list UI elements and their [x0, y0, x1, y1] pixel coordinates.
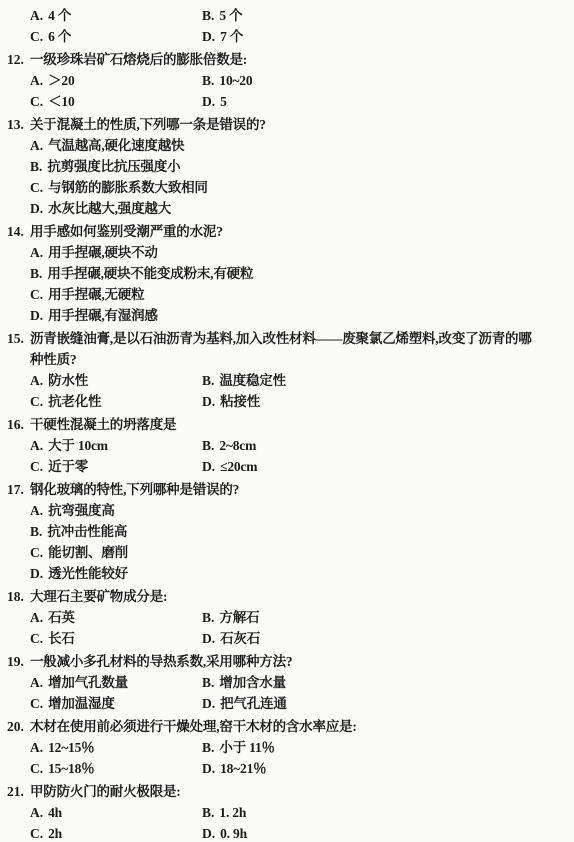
option-label: C.	[30, 29, 43, 44]
question-block-18: 18.大理石主要矿物成分是: A.石英 B.方解石 C.长石 D.石灰石	[0, 586, 574, 649]
question-line: 15.沥青嵌缝油膏,是以石油沥青为基料,加入改性材料——废聚氯乙烯塑料,改变了沥…	[0, 328, 574, 349]
option: A.＞20	[0, 70, 202, 91]
question-number: 21.	[7, 781, 30, 802]
option-text: 能切割、磨削	[48, 545, 128, 560]
question-block-14: 14.用手感如何鉴别受潮严重的水泥? A.用手捏碾,硬块不动 B.用手捏碾,硬块…	[0, 221, 574, 326]
option: C.抗老化性	[0, 391, 202, 412]
option: C.增加温湿度	[0, 693, 202, 714]
option-text: 4h	[48, 805, 62, 820]
option: B.温度稳定性	[202, 370, 574, 391]
option-text: 4 个	[48, 8, 71, 23]
option-label: D.	[30, 566, 43, 581]
option-label: C.	[30, 287, 43, 302]
option: D.0. 9h	[202, 823, 574, 842]
option: A.增加气孔数量	[0, 672, 202, 693]
question-line: 19.一般减小多孔材料的导热系数,采用哪种方法?	[0, 651, 574, 672]
question-text: 甲防防火门的耐火极限是:	[30, 784, 181, 799]
question-text: 用手感如何鉴别受潮严重的水泥?	[30, 224, 223, 239]
option: C.＜10	[0, 91, 202, 112]
option-text: 气温越高,硬化速度越快	[48, 138, 184, 153]
question-line: 14.用手感如何鉴别受潮严重的水泥?	[0, 221, 574, 242]
question-line: 17.钢化玻璃的特性,下列哪种是错误的?	[0, 479, 574, 500]
options: A.用手捏碾,硬块不动 B.用手捏碾,硬块不能变成粉末,有硬粒 C.用手捏碾,无…	[0, 242, 574, 326]
option-text: 粘接性	[220, 394, 260, 409]
option-text: 用手捏碾,硬块不能变成粉末,有硬粒	[47, 266, 253, 281]
options: A.12~15％ B.小于 11％ C.15~18％ D.18~21％	[0, 737, 574, 779]
option-label: C.	[30, 545, 43, 560]
question-text: 干硬性混凝土的坍落度是	[30, 417, 176, 432]
option-label: D.	[202, 631, 215, 646]
option: D.7 个	[202, 26, 574, 47]
option-label: D.	[202, 459, 215, 474]
option-label: B.	[202, 8, 214, 23]
option-label: B.	[202, 610, 214, 625]
option-label: A.	[30, 503, 43, 518]
option-text: 透光性能较好	[48, 566, 128, 581]
option-text: 12~15％	[48, 740, 94, 755]
option-text: ≤20cm	[220, 459, 257, 474]
options: A.石英 B.方解石 C.长石 D.石灰石	[0, 607, 574, 649]
option-text: 大于 10cm	[48, 438, 108, 453]
question-number: 16.	[7, 414, 30, 435]
option-label: A.	[30, 805, 43, 820]
option-text: 石英	[48, 610, 75, 625]
options: A.大于 10cm B.2~8cm C.近于零 D.≤20cm	[0, 435, 574, 477]
option: B.抗剪强度比抗压强度小	[0, 156, 574, 177]
option-label: D.	[202, 29, 215, 44]
option: C.6 个	[0, 26, 202, 47]
option: D.透光性能较好	[0, 563, 574, 584]
option-text: 用手捏碾,硬块不动	[48, 245, 158, 260]
option: B.1. 2h	[202, 802, 574, 823]
option: D.把气孔连通	[202, 693, 574, 714]
question-line: 18.大理石主要矿物成分是:	[0, 586, 574, 607]
option-label: A.	[30, 610, 43, 625]
question-block-13: 13.关于混凝土的性质,下列哪一条是错误的? A.气温越高,硬化速度越快 B.抗…	[0, 114, 574, 219]
option-label: B.	[30, 159, 42, 174]
question-text: 关于混凝土的性质,下列哪一条是错误的?	[30, 117, 266, 132]
option-text: 5	[220, 94, 227, 109]
option: D.水灰比越大,强度越大	[0, 198, 574, 219]
option-text: 长石	[48, 631, 75, 646]
question-line-continued: 种性质?	[0, 349, 574, 370]
option-label: B.	[30, 266, 42, 281]
option: D.粘接性	[202, 391, 574, 412]
option-text: 与钢筋的膨胀系数大致相同	[48, 180, 208, 195]
option-text: 0. 9h	[220, 826, 247, 841]
option-label: B.	[202, 675, 214, 690]
question-line: 20.木材在使用前必须进行干燥处理,窑干木材的含水率应是:	[0, 716, 574, 737]
option-text: 石灰石	[220, 631, 260, 646]
option: D.石灰石	[202, 628, 574, 649]
option-text: 10~20	[219, 73, 252, 88]
option-label: A.	[30, 675, 43, 690]
options: A.防水性 B.温度稳定性 C.抗老化性 D.粘接性	[0, 370, 574, 412]
option: A.4 个	[0, 5, 202, 26]
option: A.石英	[0, 607, 202, 628]
option-text: 7 个	[220, 29, 243, 44]
option: C.长石	[0, 628, 202, 649]
option-text: 小于 11％	[219, 740, 274, 755]
question-block-15: 15.沥青嵌缝油膏,是以石油沥青为基料,加入改性材料——废聚氯乙烯塑料,改变了沥…	[0, 328, 574, 412]
option: D.18~21％	[202, 758, 574, 779]
question-text: 沥青嵌缝油膏,是以石油沥青为基料,加入改性材料——废聚氯乙烯塑料,改变了沥青的哪	[30, 331, 532, 346]
option: B.增加含水量	[202, 672, 574, 693]
option: C.近于零	[0, 456, 202, 477]
option: B.5 个	[202, 5, 574, 26]
option: A.抗弯强度高	[0, 500, 574, 521]
option-label: D.	[30, 201, 43, 216]
option-text: 增加含水量	[219, 675, 286, 690]
options: A.抗弯强度高 B.抗冲击性能高 C.能切割、磨削 D.透光性能较好	[0, 500, 574, 584]
question-text: 一级珍珠岩矿石熔烧后的膨胀倍数是:	[30, 52, 247, 67]
option-label: D.	[202, 394, 215, 409]
question-number: 19.	[7, 651, 30, 672]
option-text: 2~8cm	[219, 438, 256, 453]
options: A.增加气孔数量 B.增加含水量 C.增加温湿度 D.把气孔连通	[0, 672, 574, 714]
option-label: C.	[30, 696, 43, 711]
question-number: 15.	[7, 328, 30, 349]
option-text: 2h	[48, 826, 62, 841]
option-text: 1. 2h	[219, 805, 246, 820]
question-number: 13.	[7, 114, 30, 135]
option: D.≤20cm	[202, 456, 574, 477]
option-label: D.	[202, 696, 215, 711]
option-label: A.	[30, 373, 43, 388]
option-label: A.	[30, 438, 43, 453]
option-text: 抗弯强度高	[48, 503, 115, 518]
option: A.防水性	[0, 370, 202, 391]
option: D.用手捏碾,有湿润感	[0, 305, 574, 326]
question-line: 21.甲防防火门的耐火极限是:	[0, 781, 574, 802]
option: B.用手捏碾,硬块不能变成粉末,有硬粒	[0, 263, 574, 284]
option: A.4h	[0, 802, 202, 823]
options: A.气温越高,硬化速度越快 B.抗剪强度比抗压强度小 C.与钢筋的膨胀系数大致相…	[0, 135, 574, 219]
option: C.与钢筋的膨胀系数大致相同	[0, 177, 574, 198]
question-line: 13.关于混凝土的性质,下列哪一条是错误的?	[0, 114, 574, 135]
question-text: 种性质?	[30, 352, 76, 367]
option-label: D.	[202, 94, 215, 109]
option-label: D.	[30, 308, 43, 323]
option-label: C.	[30, 761, 43, 776]
option-text: 抗冲击性能高	[47, 524, 127, 539]
option: C.能切割、磨削	[0, 542, 574, 563]
option: B.抗冲击性能高	[0, 521, 574, 542]
option-text: 5 个	[219, 8, 242, 23]
option-label: A.	[30, 138, 43, 153]
option-label: B.	[202, 740, 214, 755]
option-text: ＜10	[48, 94, 74, 109]
exam-page: A.4 个 B.5 个 C.6 个 D.7 个 12.一级珍珠岩矿石熔烧后的膨胀…	[0, 0, 574, 842]
option-label: A.	[30, 740, 43, 755]
option-text: 18~21％	[220, 761, 266, 776]
option-label: B.	[202, 805, 214, 820]
option-label: C.	[30, 180, 43, 195]
question-number: 14.	[7, 221, 30, 242]
option-label: B.	[202, 73, 214, 88]
option: A.气温越高,硬化速度越快	[0, 135, 574, 156]
question-block-20: 20.木材在使用前必须进行干燥处理,窑干木材的含水率应是: A.12~15％ B…	[0, 716, 574, 779]
options: A.＞20 B.10~20 C.＜10 D.5	[0, 70, 574, 112]
question-number: 18.	[7, 586, 30, 607]
option-label: D.	[202, 761, 215, 776]
question-number: 17.	[7, 479, 30, 500]
option: B.2~8cm	[202, 435, 574, 456]
question-text: 大理石主要矿物成分是:	[30, 589, 167, 604]
option-text: 15~18％	[48, 761, 94, 776]
option: A.用手捏碾,硬块不动	[0, 242, 574, 263]
option: B.方解石	[202, 607, 574, 628]
option-label: C.	[30, 459, 43, 474]
question-block-12: 12.一级珍珠岩矿石熔烧后的膨胀倍数是: A.＞20 B.10~20 C.＜10…	[0, 49, 574, 112]
option-text: 用手捏碾,无硬粒	[48, 287, 144, 302]
option-label: B.	[30, 524, 42, 539]
option-label: C.	[30, 826, 43, 841]
option-text: 近于零	[48, 459, 88, 474]
question-line: 12.一级珍珠岩矿石熔烧后的膨胀倍数是:	[0, 49, 574, 70]
option: B.10~20	[202, 70, 574, 91]
option-label: C.	[30, 94, 43, 109]
option-text: 增加气孔数量	[48, 675, 128, 690]
option-text: 增加温湿度	[48, 696, 115, 711]
question-block-17: 17.钢化玻璃的特性,下列哪种是错误的? A.抗弯强度高 B.抗冲击性能高 C.…	[0, 479, 574, 584]
question-text: 钢化玻璃的特性,下列哪种是错误的?	[30, 482, 239, 497]
option-label: B.	[202, 438, 214, 453]
question-number: 12.	[7, 49, 30, 70]
option: C.2h	[0, 823, 202, 842]
question-text: 木材在使用前必须进行干燥处理,窑干木材的含水率应是:	[30, 719, 357, 734]
continued-options: A.4 个 B.5 个 C.6 个 D.7 个	[0, 5, 574, 47]
option-text: 水灰比越大,强度越大	[48, 201, 171, 216]
option-label: C.	[30, 394, 43, 409]
option: C.用手捏碾,无硬粒	[0, 284, 574, 305]
option: B.小于 11％	[202, 737, 574, 758]
option: C.15~18％	[0, 758, 202, 779]
option-label: A.	[30, 8, 43, 23]
option: D.5	[202, 91, 574, 112]
option-text: 抗老化性	[48, 394, 101, 409]
question-block-21: 21.甲防防火门的耐火极限是: A.4h B.1. 2h C.2h D.0. 9…	[0, 781, 574, 842]
option-text: 抗剪强度比抗压强度小	[47, 159, 180, 174]
question-block-16: 16.干硬性混凝土的坍落度是 A.大于 10cm B.2~8cm C.近于零 D…	[0, 414, 574, 477]
question-line: 16.干硬性混凝土的坍落度是	[0, 414, 574, 435]
option-label: C.	[30, 631, 43, 646]
option-text: 把气孔连通	[220, 696, 287, 711]
option: A.12~15％	[0, 737, 202, 758]
option-text: 6 个	[48, 29, 71, 44]
option-text: 方解石	[219, 610, 259, 625]
option-label: A.	[30, 245, 43, 260]
options: A.4h B.1. 2h C.2h D.0. 9h	[0, 802, 574, 842]
question-number: 20.	[7, 716, 30, 737]
question-text: 一般减小多孔材料的导热系数,采用哪种方法?	[30, 654, 292, 669]
option-label: B.	[202, 373, 214, 388]
option: A.大于 10cm	[0, 435, 202, 456]
option-label: A.	[30, 73, 43, 88]
question-block-19: 19.一般减小多孔材料的导热系数,采用哪种方法? A.增加气孔数量 B.增加含水…	[0, 651, 574, 714]
option-text: 用手捏碾,有湿润感	[48, 308, 158, 323]
option-text: 防水性	[48, 373, 88, 388]
option-text: 温度稳定性	[219, 373, 286, 388]
option-label: D.	[202, 826, 215, 841]
option-text: ＞20	[48, 73, 74, 88]
